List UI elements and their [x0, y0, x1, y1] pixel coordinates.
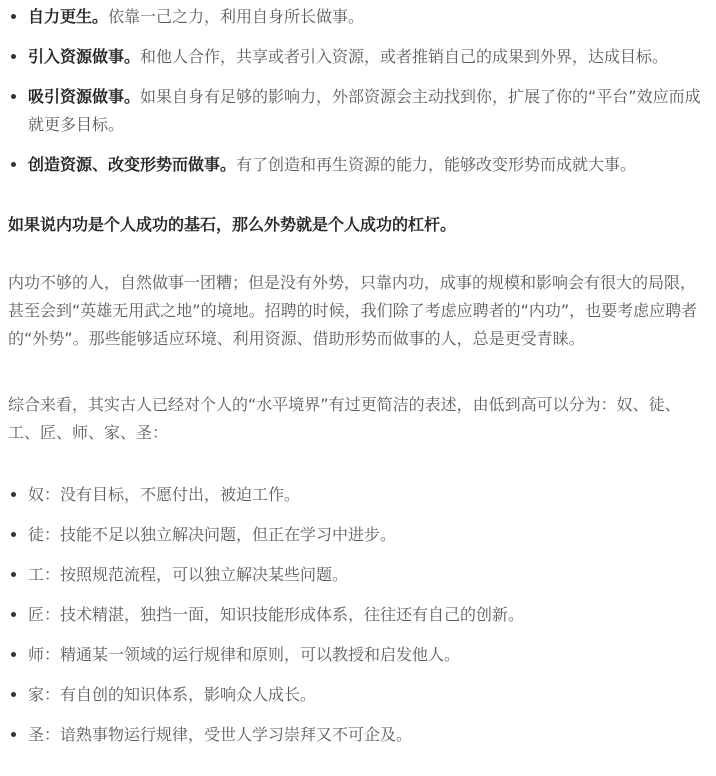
list-item: 奴：没有目标，不愿付出，被迫工作。: [8, 481, 707, 509]
list-item-lead: 创造资源、改变形势而做事。: [28, 155, 236, 174]
thesis-paragraph: 如果说内功是个人成功的基石，那么外势就是个人成功的杠杆。: [8, 211, 707, 239]
list-item: 工：按照规范流程，可以独立解决某些问题。: [8, 561, 707, 589]
list-item-text: 工：按照规范流程，可以独立解决某些问题。: [28, 565, 348, 584]
article-body: 自力更生。依靠一己之力，利用自身所长做事。 引入资源做事。和他人合作，共享或者引…: [0, 0, 716, 749]
list-item-lead: 自力更生。: [28, 7, 108, 26]
paragraph-levels-intro: 综合来看，其实古人已经对个人的“水平境界”有过更简洁的表述，由低到高可以分为：奴…: [8, 391, 707, 447]
list-item-text: 奴：没有目标，不愿付出，被迫工作。: [28, 485, 300, 504]
list-item-text: 徒：技能不足以独立解决问题，但正在学习中进步。: [28, 525, 396, 544]
list-item-text: 师：精通某一领域的运行规律和原则，可以教授和启发他人。: [28, 645, 460, 664]
bullet-icon: [11, 612, 16, 617]
list-item: 吸引资源做事。如果自身有足够的影响力，外部资源会主动找到你，扩展了你的“平台”效…: [8, 83, 707, 139]
bullet-icon: [11, 54, 16, 59]
resource-strategy-list: 自力更生。依靠一己之力，利用自身所长做事。 引入资源做事。和他人合作，共享或者引…: [8, 3, 707, 179]
list-item: 徒：技能不足以独立解决问题，但正在学习中进步。: [8, 521, 707, 549]
list-item-text: 有了创造和再生资源的能力，能够改变形势而成就大事。: [236, 155, 636, 174]
list-item-text: 圣：谙熟事物运行规律，受世人学习崇拜又不可企及。: [28, 725, 412, 744]
list-item-text: 匠：技术精湛，独挡一面，知识技能形成体系，往往还有自己的创新。: [28, 605, 524, 624]
list-item-text: 依靠一己之力，利用自身所长做事。: [108, 7, 364, 26]
list-item: 家：有自创的知识体系，影响众人成长。: [8, 681, 707, 709]
list-item-text: 和他人合作，共享或者引入资源，或者推销自己的成果到外界，达成目标。: [140, 47, 668, 66]
list-item: 圣：谙熟事物运行规律，受世人学习崇拜又不可企及。: [8, 721, 707, 749]
list-item: 匠：技术精湛，独挡一面，知识技能形成体系，往往还有自己的创新。: [8, 601, 707, 629]
paragraph-neigong-waishi: 内功不够的人，自然做事一团糟；但是没有外势，只靠内功，成事的规模和影响会有很大的…: [8, 269, 707, 353]
list-item-text: 家：有自创的知识体系，影响众人成长。: [28, 685, 316, 704]
bullet-icon: [11, 162, 16, 167]
bullet-icon: [11, 732, 16, 737]
list-item: 创造资源、改变形势而做事。有了创造和再生资源的能力，能够改变形势而成就大事。: [8, 151, 707, 179]
list-item: 师：精通某一领域的运行规律和原则，可以教授和启发他人。: [8, 641, 707, 669]
bullet-icon: [11, 652, 16, 657]
bullet-icon: [11, 94, 16, 99]
bullet-icon: [11, 692, 16, 697]
list-item: 引入资源做事。和他人合作，共享或者引入资源，或者推销自己的成果到外界，达成目标。: [8, 43, 707, 71]
bullet-icon: [11, 492, 16, 497]
list-item-lead: 引入资源做事。: [28, 47, 140, 66]
list-item-lead: 吸引资源做事。: [28, 87, 140, 106]
bullet-icon: [11, 14, 16, 19]
grade-list: 奴：没有目标，不愿付出，被迫工作。 徒：技能不足以独立解决问题，但正在学习中进步…: [8, 481, 707, 749]
list-item: 自力更生。依靠一己之力，利用自身所长做事。: [8, 3, 707, 31]
bullet-icon: [11, 572, 16, 577]
bullet-icon: [11, 532, 16, 537]
